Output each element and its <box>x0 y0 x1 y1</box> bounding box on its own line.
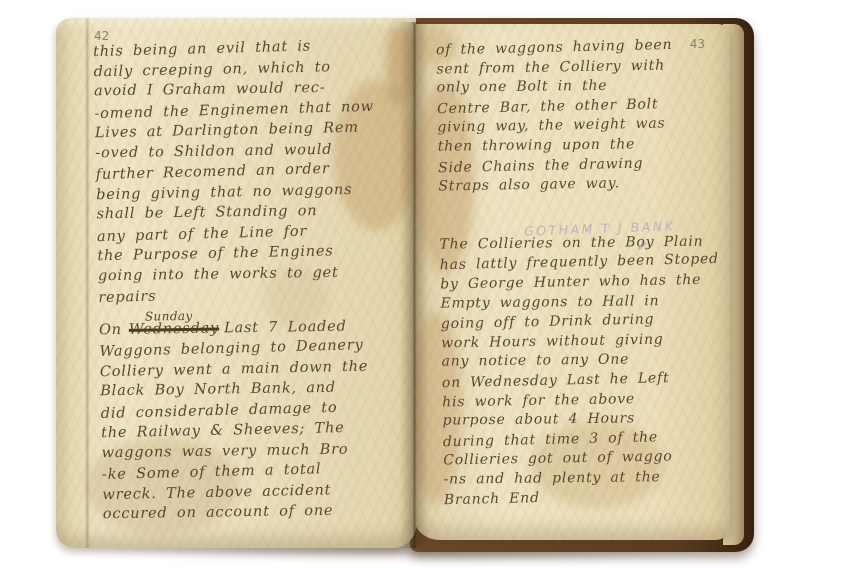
right-page-number: 43 <box>690 37 705 51</box>
entry-prefix: On <box>99 321 122 337</box>
entry-suffix: Last 7 Loaded <box>224 318 347 336</box>
right-page-text: of the waggons having been sent from the… <box>436 36 730 511</box>
handwritten-line: occured on account of one <box>103 500 413 525</box>
left-page: 42 this being an evil that is daily cree… <box>56 18 416 548</box>
right-page: 43 GOTHAM T J BANK ✓ of the waggons havi… <box>414 24 730 540</box>
left-page-number: 42 <box>94 29 109 43</box>
inserted-word: Sunday <box>145 305 193 326</box>
struck-word-wrapper: SundayWednesday <box>129 318 220 340</box>
left-page-text: this being an evil that is daily creepin… <box>93 35 413 526</box>
photo-canvas: 42 this being an evil that is daily cree… <box>0 0 843 576</box>
